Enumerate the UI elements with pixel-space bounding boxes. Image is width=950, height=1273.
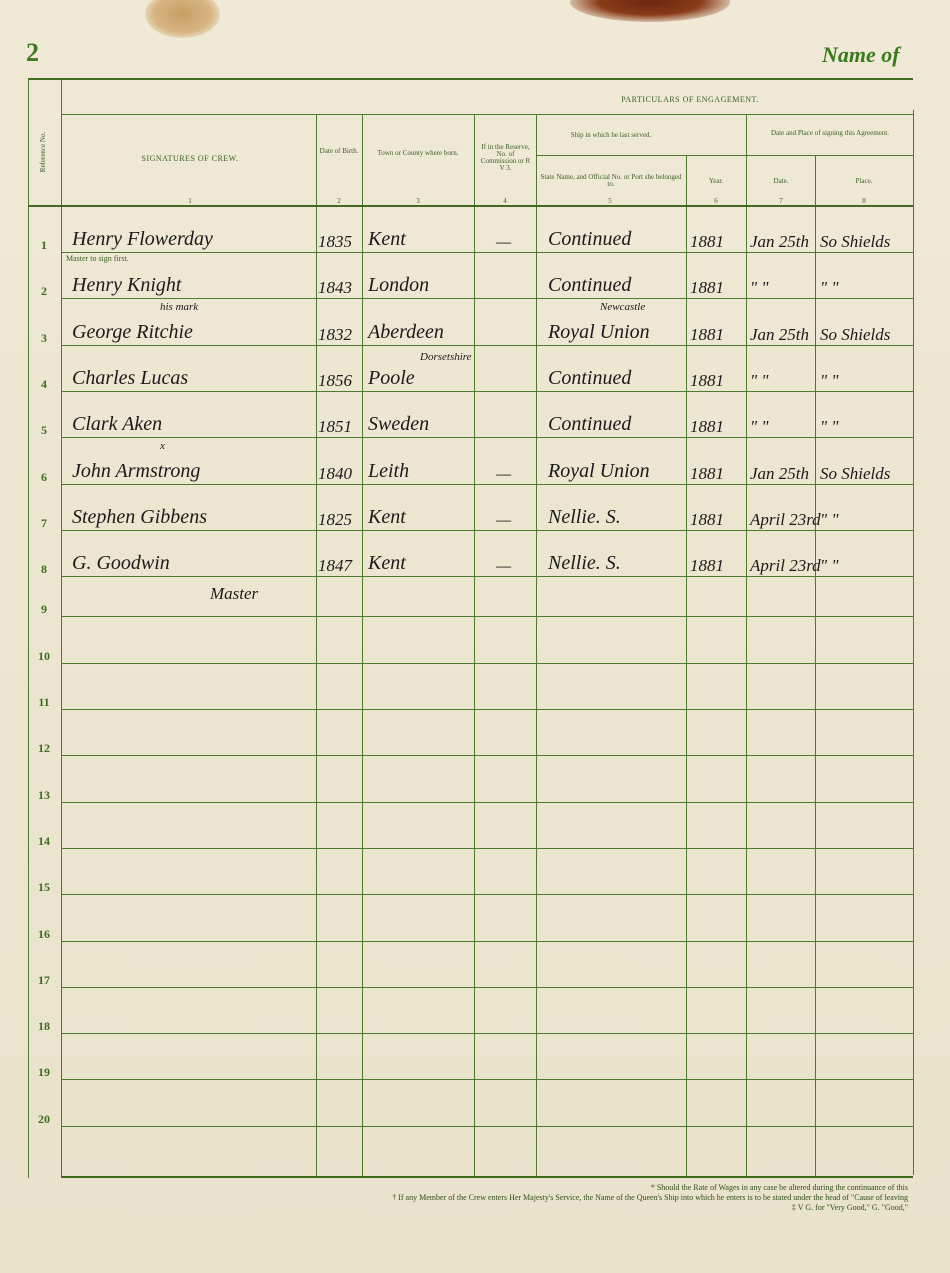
row-line: [61, 391, 913, 392]
sign-place: " ": [820, 510, 839, 530]
birth-year: 1825: [318, 510, 352, 530]
row-line: [61, 709, 913, 710]
birth-year: 1840: [318, 464, 352, 484]
birth-year: 1835: [318, 232, 352, 252]
sign-place: So Shields: [820, 232, 890, 252]
row-line: [61, 848, 913, 849]
col-birthplace-header: Town or County where born.: [366, 150, 470, 157]
row-line: [61, 941, 913, 942]
row-line: [61, 484, 913, 485]
row-line: [61, 345, 913, 346]
row-number: 4: [34, 377, 54, 392]
birthplace: London: [368, 274, 429, 297]
row-line: [61, 894, 913, 895]
row-line: [61, 298, 913, 299]
last-year: 1881: [690, 371, 724, 391]
col-place-header: Place.: [818, 178, 910, 185]
col-signing-group-header: Date and Place of signing this Agreement…: [750, 130, 910, 137]
crew-signature: Stephen Gibbens: [72, 506, 207, 529]
col-dob-header: Date of Birth.: [318, 148, 360, 155]
col-divider: [686, 155, 687, 1176]
subheader-line: [536, 155, 913, 156]
col-lastship-group-header: Ship in which he last served.: [540, 132, 682, 139]
last-ship: Nellie. S.: [548, 552, 621, 575]
row-number: 3: [34, 331, 54, 346]
sign-date: April 23rd: [750, 510, 821, 530]
birth-year: 1832: [318, 325, 352, 345]
col-divider: [316, 114, 317, 1176]
sign-place: " ": [820, 417, 839, 437]
last-year: 1881: [690, 556, 724, 576]
row-line: [61, 616, 913, 617]
frame-right: [913, 110, 914, 1175]
master-note: Master to sign first.: [66, 255, 166, 263]
row-line: [61, 1033, 913, 1034]
frame-left: [28, 78, 29, 1178]
row-line: [61, 437, 913, 438]
row-number: 11: [34, 695, 54, 710]
sign-place: " ": [820, 371, 839, 391]
crew-signature: G. Goodwin: [72, 552, 170, 575]
col-divider: [536, 114, 537, 1176]
birth-year: 1856: [318, 371, 352, 391]
birthplace: Poole: [368, 367, 415, 390]
footnote-wages: * Should the Rate of Wages in any case b…: [651, 1183, 908, 1192]
col-divider: [815, 155, 816, 1176]
mark-note: his mark: [160, 301, 198, 313]
crew-signature: George Ritchie: [72, 321, 193, 344]
ship-note: Newcastle: [600, 301, 645, 313]
col-divider: [362, 114, 363, 1176]
row-line: [61, 987, 913, 988]
row-number: 8: [34, 562, 54, 577]
last-ship: Continued: [548, 274, 631, 297]
col-divider: [474, 114, 475, 1176]
row-number: 17: [34, 973, 54, 988]
reserve-no: —: [496, 556, 511, 576]
reserve-no: —: [496, 232, 511, 252]
sign-place: " ": [820, 556, 839, 576]
col-signatures-header: SIGNATURES OF CREW.: [100, 155, 280, 163]
row-line: [61, 530, 913, 531]
row-line: [61, 252, 913, 253]
birthplace: Leith: [368, 460, 409, 483]
master-title: Master: [210, 584, 258, 604]
sign-date: " ": [750, 278, 769, 298]
col-date-header: Date.: [750, 178, 812, 185]
reserve-no: —: [496, 510, 511, 530]
footnote-service: † If any Member of the Crew enters Her M…: [392, 1193, 908, 1202]
ref-no-header: Reference No.: [28, 108, 58, 198]
sign-place: So Shields: [820, 464, 890, 484]
crew-signature: John Armstrong: [72, 460, 200, 483]
mark-note: x: [160, 440, 165, 452]
last-ship: Continued: [548, 228, 631, 251]
header-bottom: [28, 205, 913, 207]
crew-signature: Henry Flowerday: [72, 228, 213, 251]
row-number: 5: [34, 423, 54, 438]
row-number: 6: [34, 470, 54, 485]
table-bottom: [61, 1176, 913, 1178]
birthplace: Kent: [368, 506, 406, 529]
birthplace: Kent: [368, 552, 406, 575]
row-number: 14: [34, 834, 54, 849]
row-number: 18: [34, 1019, 54, 1034]
birthplace: Sweden: [368, 413, 429, 436]
last-year: 1881: [690, 417, 724, 437]
col-shipname-header: State Name, and Official No. or Port she…: [540, 174, 682, 188]
stain: [145, 0, 220, 38]
section-header: PARTICULARS OF ENGAGEMENT.: [480, 96, 900, 104]
frame-top: [28, 78, 913, 80]
last-ship: Royal Union: [548, 321, 650, 344]
last-ship: Continued: [548, 413, 631, 436]
sign-place: So Shields: [820, 325, 890, 345]
sign-date: Jan 25th: [750, 464, 809, 484]
last-year: 1881: [690, 232, 724, 252]
last-year: 1881: [690, 464, 724, 484]
row-number: 19: [34, 1065, 54, 1080]
row-number: 16: [34, 927, 54, 942]
row-number: 7: [34, 516, 54, 531]
row-line: [61, 1126, 913, 1127]
birthplace: Kent: [368, 228, 406, 251]
birthplace-note: Dorsetshire: [420, 351, 472, 363]
last-ship: Continued: [548, 367, 631, 390]
page-number: 2: [26, 38, 39, 68]
row-number: 12: [34, 741, 54, 756]
row-number: 13: [34, 788, 54, 803]
ref-col-divider: [61, 78, 62, 1178]
last-year: 1881: [690, 278, 724, 298]
sign-place: " ": [820, 278, 839, 298]
row-line: [61, 663, 913, 664]
col-reserve-header: If in the Reserve, No. of Commission or …: [478, 144, 533, 172]
row-number: 1: [34, 238, 54, 253]
row-line: [61, 802, 913, 803]
row-number: 15: [34, 880, 54, 895]
last-ship: Nellie. S.: [548, 506, 621, 529]
row-number: 20: [34, 1112, 54, 1127]
header-line: [61, 114, 913, 115]
col-divider: [746, 114, 747, 1176]
birthplace: Aberdeen: [368, 321, 444, 344]
sign-date: April 23rd: [750, 556, 821, 576]
page-title-fragment: Name of: [822, 42, 900, 68]
footnote-grades: ‡ V G. for "Very Good," G. "Good,": [792, 1203, 908, 1212]
birth-year: 1843: [318, 278, 352, 298]
birth-year: 1851: [318, 417, 352, 437]
row-line: [61, 1079, 913, 1080]
col-year-header: Year.: [690, 178, 742, 185]
row-number: 10: [34, 649, 54, 664]
reserve-no: —: [496, 464, 511, 484]
birth-year: 1847: [318, 556, 352, 576]
stain: [570, 0, 730, 22]
row-number: 9: [34, 602, 54, 617]
sign-date: " ": [750, 371, 769, 391]
sign-date: " ": [750, 417, 769, 437]
sign-date: Jan 25th: [750, 325, 809, 345]
sign-date: Jan 25th: [750, 232, 809, 252]
row-line: [61, 576, 913, 577]
crew-signature: Henry Knight: [72, 274, 181, 297]
crew-signature: Charles Lucas: [72, 367, 188, 390]
last-year: 1881: [690, 510, 724, 530]
last-ship: Royal Union: [548, 460, 650, 483]
row-line: [61, 755, 913, 756]
crew-signature: Clark Aken: [72, 413, 162, 436]
last-year: 1881: [690, 325, 724, 345]
row-number: 2: [34, 284, 54, 299]
